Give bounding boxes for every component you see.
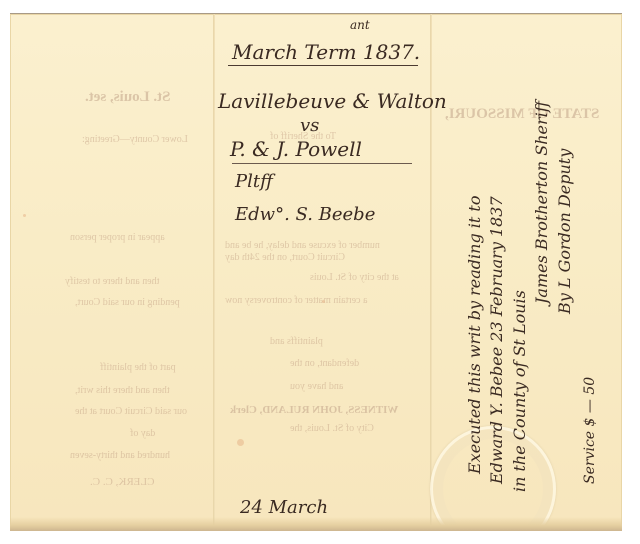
stain xyxy=(322,300,325,303)
bleed-print-text: STATE OF MISSOURI, xyxy=(445,106,599,123)
bleed-print-text: number of excuse and delay, he be and xyxy=(225,240,380,251)
court-term: March Term 1837. xyxy=(232,40,420,64)
fold-line-left xyxy=(213,14,215,531)
bleed-print-text: WITNESS, JOHN RULAND, Clerk xyxy=(230,404,398,416)
filed-date: 24 March xyxy=(240,497,328,518)
stain xyxy=(237,439,244,446)
service-fee: Service $ — 50 xyxy=(582,377,598,484)
defendants-name: P. & J. Powell xyxy=(230,137,362,161)
bleed-print-text: St. Louis, set. xyxy=(85,89,170,106)
term-underline xyxy=(228,65,418,66)
bleed-print-text: part of the plaintiff xyxy=(100,362,176,373)
bleed-print-text: our said Circuit Court at the xyxy=(75,406,187,417)
attorney-name: Edw°. S. Beebe xyxy=(235,204,375,225)
bleed-print-text: then and there to testify xyxy=(65,276,159,287)
return-line-5: By L Gordon Deputy xyxy=(555,149,574,314)
bleed-print-text: hundred and thirty-seven xyxy=(70,450,170,461)
bleed-print-text: and have you xyxy=(290,381,343,392)
versus-label: vs xyxy=(300,115,319,136)
document-page: St. Louis, set. STATE OF MISSOURI, Lower… xyxy=(10,13,622,531)
term-amendment: ant xyxy=(350,18,370,32)
bleed-print-text: then and there this writ, xyxy=(75,385,170,396)
bleed-print-text: Circuit Court, on the 24th day xyxy=(225,252,345,263)
return-line-1: Executed this writ by reading it to xyxy=(465,196,484,475)
plaintiffs-name: Lavillebeuve & Walton xyxy=(218,89,447,113)
bleed-print-text: CLERK, C. C. xyxy=(90,476,154,488)
bleed-print-text: plaintiffs and xyxy=(270,336,323,347)
bleed-print-text: day of xyxy=(130,428,155,439)
return-line-3: in the County of St Louis xyxy=(510,290,529,492)
return-line-2: Edward Y. Bebee 23 February 1837 xyxy=(487,196,506,484)
return-line-4: James Brotherton Sheriff xyxy=(532,101,551,304)
bleed-print-text: defendant, on the xyxy=(290,358,359,369)
bleed-print-text: at the city of St. Louis xyxy=(310,272,399,283)
plaintiff-role: Pltff xyxy=(235,171,273,192)
bleed-print-text: City of St. Louis, the xyxy=(290,423,374,434)
defendants-underline xyxy=(232,163,412,164)
bleed-print-text: pending in our said Court, xyxy=(75,297,180,308)
bleed-print-text: Lower County—Greeting: xyxy=(82,134,188,145)
bleed-print-text: appear in proper person xyxy=(70,232,165,243)
stain xyxy=(23,214,26,217)
bleed-print-text: a certain matter of controversy now xyxy=(225,295,367,306)
